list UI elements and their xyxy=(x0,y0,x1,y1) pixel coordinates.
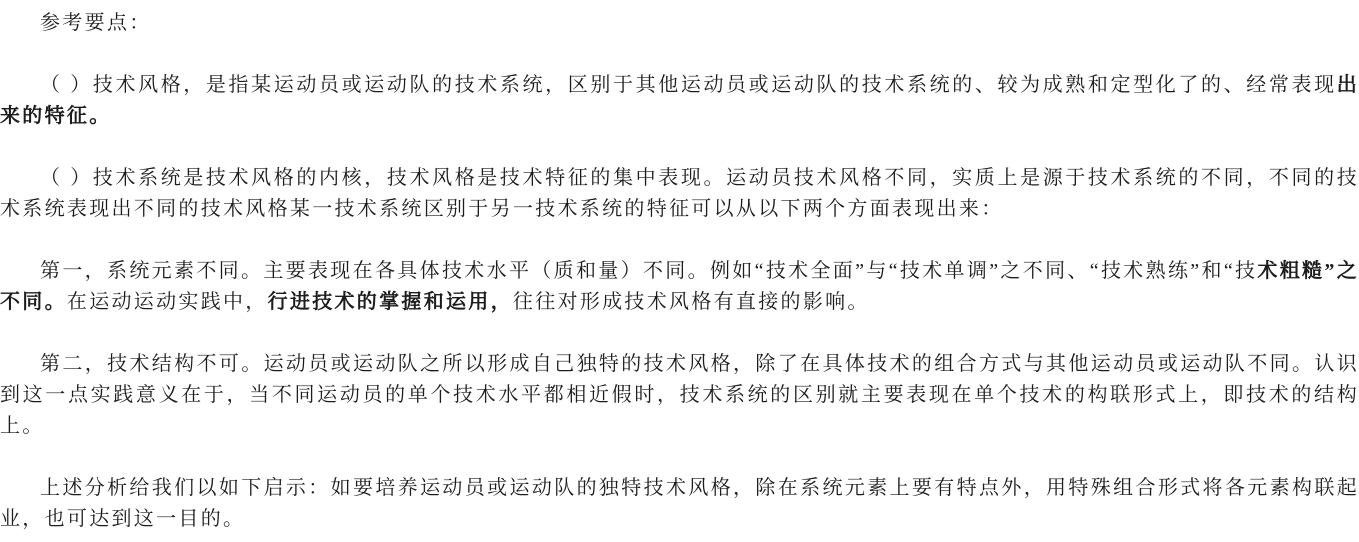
text-run: 往往对形成技术风格有直接的影响。 xyxy=(513,291,870,313)
text-run: 在运动运动实践中， xyxy=(67,291,268,313)
text-run: 上述分析给我们以如下启示：如要培养运动员或运动队的独特技术风格，除在系统元素上要… xyxy=(0,477,1359,530)
bold-text-run: 行进技术的掌握和运用， xyxy=(268,291,513,313)
text-run: 第一，系统元素不同。主要表现在各具体技术水平（质和量）不同。例如“技术全面”与“… xyxy=(40,260,1257,282)
document-page: 参考要点： （ ）技术风格，是指某运动员或运动队的技术系统，区别于其他运动员或运… xyxy=(0,0,1359,542)
paragraph: （ ）技术风格，是指某运动员或运动队的技术系统，区别于其他运动员或运动队的技术系… xyxy=(0,70,1359,132)
paragraphs-container: （ ）技术风格，是指某运动员或运动队的技术系统，区别于其他运动员或运动队的技术系… xyxy=(0,70,1359,535)
text-run: （ ）技术系统是技术风格的内核，技术风格是技术特征的集中表现。运动员技术风格不同… xyxy=(0,167,1359,220)
paragraph: 第一，系统元素不同。主要表现在各具体技术水平（质和量）不同。例如“技术全面”与“… xyxy=(0,256,1359,318)
paragraph: 上述分析给我们以如下启示：如要培养运动员或运动队的独特技术风格，除在系统元素上要… xyxy=(0,473,1359,535)
text-run: 第二，技术结构不可。运动员或运动队之所以形成自己独特的技术风格，除了在具体技术的… xyxy=(0,353,1359,437)
page-title: 参考要点： xyxy=(0,8,1359,39)
text-run: （ ）技术风格，是指某运动员或运动队的技术系统，区别于其他运动员或运动队的技术系… xyxy=(40,74,1337,96)
paragraph: 第二，技术结构不可。运动员或运动队之所以形成自己独特的技术风格，除了在具体技术的… xyxy=(0,349,1359,442)
paragraph: （ ）技术系统是技术风格的内核，技术风格是技术特征的集中表现。运动员技术风格不同… xyxy=(0,163,1359,225)
